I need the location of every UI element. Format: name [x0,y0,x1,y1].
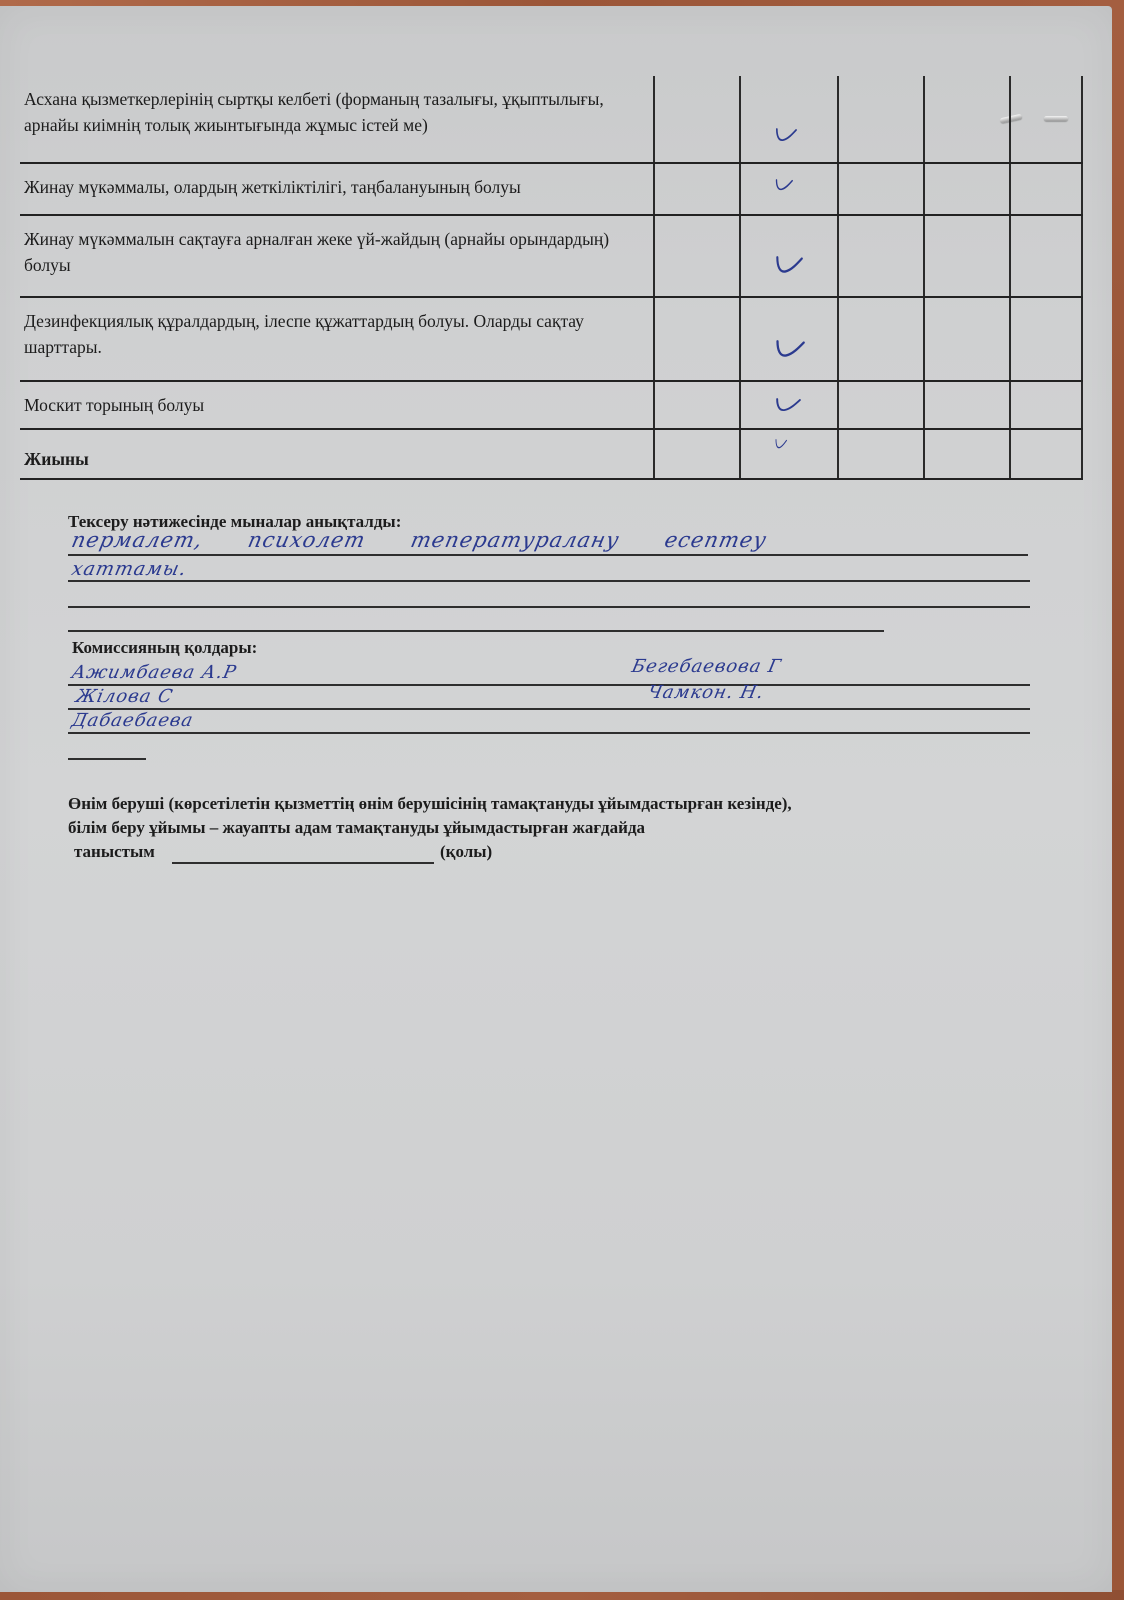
checklist-cell-col-4 [923,216,1009,296]
checklist-cell-col-1 [653,382,739,428]
findings-rule-3 [68,606,1030,608]
checklist-cell-col-2 [739,164,837,214]
checklist-row: Жинау мүкәммалын сақтауға арналған жеке … [20,216,1083,298]
checklist-cell-col-5 [1009,76,1083,162]
checklist-row: Москит торының болуы [20,382,1083,430]
checklist-cell-col-3 [837,430,923,478]
signature-rule-4 [68,758,146,760]
signature-rule-2 [68,708,1030,710]
checklist-row-label: Дезинфекциялық құралдардың, ілеспе құжат… [20,298,653,380]
checklist-row-label: Жиыны [20,430,653,478]
checklist-row: Дезинфекциялық құралдардың, ілеспе құжат… [20,298,1083,382]
checklist-row-label: Жинау мүкәммалы, олардың жеткіліктілігі,… [20,164,653,214]
checklist-cell-col-3 [837,164,923,214]
findings-rule-4 [68,630,884,632]
checklist-cell-col-4 [923,164,1009,214]
signature-right-1: Бегебаевова Г [630,656,784,677]
checkmark-icon [775,128,797,142]
desk-background-right [1110,0,1124,1600]
signature-left-2: Жілова С [74,686,175,707]
checklist-cell-col-2 [739,382,837,428]
findings-rule-1 [68,554,1028,556]
checklist-row: Асхана қызметкерлерінің сыртқы келбеті (… [20,76,1083,164]
checklist-cell-col-4 [923,430,1009,478]
checklist-row-label: Жинау мүкәммалын сақтауға арналған жеке … [20,216,653,296]
checklist-cell-col-1 [653,298,739,380]
acknowledgement-signature-line [172,862,434,864]
checklist-row-label: Москит торының болуы [20,382,653,428]
signature-rule-3 [68,732,1030,734]
checklist-cell-col-5 [1009,216,1083,296]
checklist-table: Асхана қызметкерлерінің сыртқы келбеті (… [20,76,1083,480]
checklist-cell-col-4 [923,298,1009,380]
checkmark-icon [775,178,793,190]
acknowledgement-line-2: білім беру ұйымы – жауапты адам тамақтан… [68,816,645,840]
checklist-cell-col-2 [739,430,837,478]
document-page: Асхана қызметкерлерінің сыртқы келбеті (… [0,6,1112,1592]
checklist-cell-col-2 [739,76,837,162]
checkmark-icon [775,256,803,274]
checklist-row: Жиыны [20,430,1083,480]
checklist-cell-col-2 [739,298,837,380]
checklist-row: Жинау мүкәммалы, олардың жеткіліктілігі,… [20,164,1083,216]
signature-label: (қолы) [440,840,492,864]
checklist-cell-col-5 [1009,382,1083,428]
checkmark-icon [775,398,801,412]
findings-handwriting-line-1: пермалет, психолет тепературалану есепте… [69,528,769,552]
checklist-cell-col-1 [653,430,739,478]
signature-right-2: Чамкон. Н. [646,682,766,703]
checklist-cell-col-3 [837,76,923,162]
checklist-cell-col-4 [923,76,1009,162]
checklist-cell-col-5 [1009,164,1083,214]
checklist-cell-col-3 [837,216,923,296]
checkmark-icon [775,436,787,446]
checklist-cell-col-1 [653,216,739,296]
findings-handwriting-line-2: хаттамы. [70,558,189,580]
signature-left-3: Дабаебаева [70,710,196,731]
findings-rule-2 [68,580,1030,582]
acknowledgement-line-1: Өнім беруші (көрсетілетін қызметтің өнім… [68,792,792,816]
checklist-cell-col-4 [923,382,1009,428]
checklist-cell-col-3 [837,298,923,380]
checklist-cell-col-5 [1009,430,1083,478]
checkmark-icon [775,340,805,358]
checklist-row-label: Асхана қызметкерлерінің сыртқы келбеті (… [20,76,653,162]
checklist-cell-col-5 [1009,298,1083,380]
checklist-cell-col-1 [653,164,739,214]
checklist-cell-col-1 [653,76,739,162]
familiar-label: таныстым [74,840,155,864]
signatures-title: Комиссияның қолдары: [72,638,257,658]
signature-left-1: Ажимбаева А.Р [70,662,239,683]
checklist-cell-col-2 [739,216,837,296]
signature-rule-1 [68,684,1030,686]
checklist-cell-col-3 [837,382,923,428]
